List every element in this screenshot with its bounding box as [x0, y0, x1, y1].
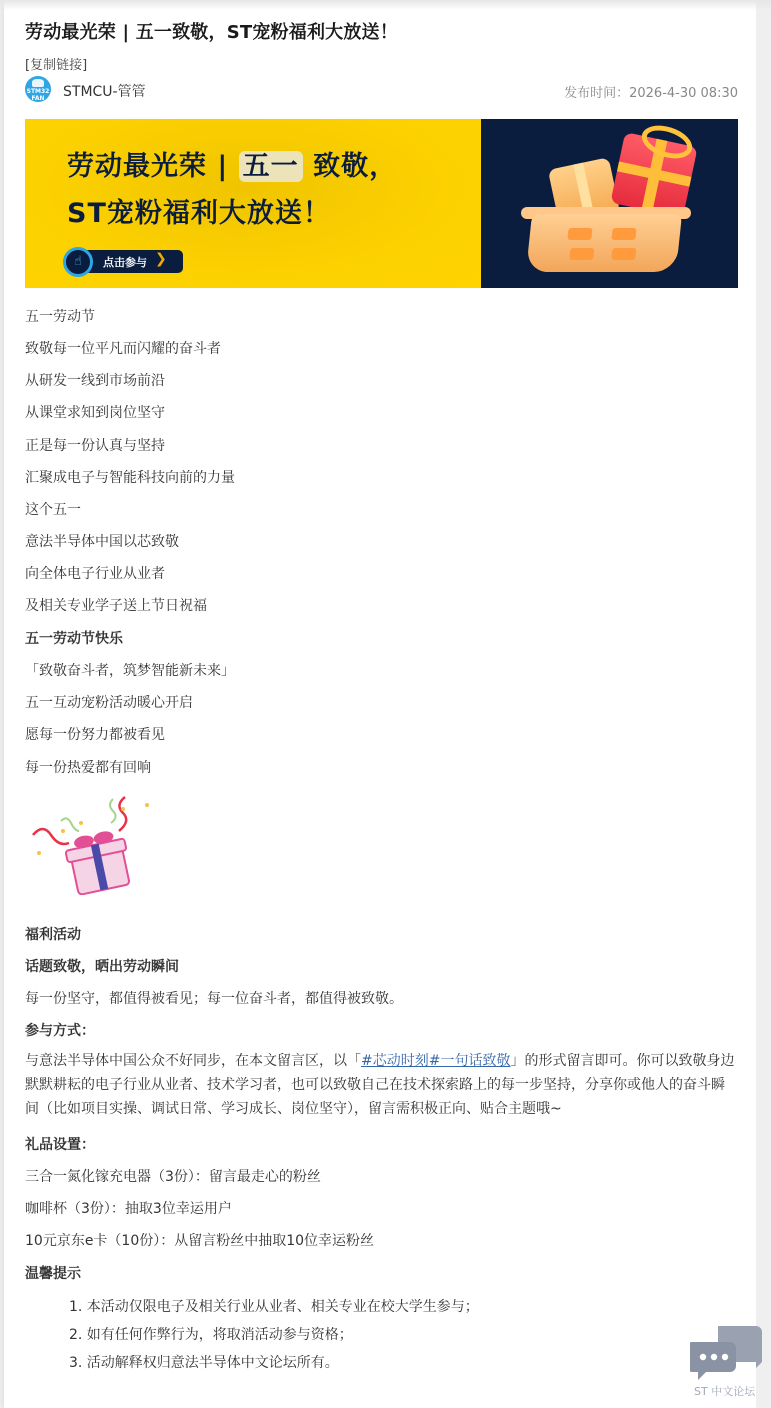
gift-sticker-icon — [25, 785, 155, 895]
banner-headline-prefix: 劳动最光荣 | — [67, 151, 239, 182]
forum-chat-label: ST 中文论坛 — [694, 1383, 755, 1399]
gift-item: 10元京东e卡（10份）：从留言粉丝中抽取10位幸运粉丝 — [25, 1230, 374, 1250]
topic-description: 每一份坚守，都值得被看见；每一位奋斗者，都值得被致敬。 — [25, 988, 403, 1008]
banner-right-panel — [481, 119, 738, 288]
intro-line: 「致敬奋斗者，筑梦智能新未来」 — [25, 660, 235, 680]
intro-line: 向全体电子行业从业者 — [25, 563, 165, 583]
banner-headline-1: 劳动最光荣 | 五一 致敬， — [67, 144, 397, 183]
banner-headline-2: ST宠粉福利大放送！ — [67, 191, 331, 230]
gift-item: 咖啡杯（3份）：抽取3位幸运用户 — [25, 1198, 232, 1218]
author-name[interactable]: STMCU-管管 — [63, 81, 146, 101]
intro-line: 从研发一线到市场前沿 — [25, 370, 165, 390]
intro-line: 及相关专业学子送上节日祝福 — [25, 595, 207, 615]
gifts-title: 礼品设置： — [25, 1134, 95, 1154]
join-button-label: 点击参与 — [103, 254, 147, 270]
avatar-text: STM32 FAN — [25, 88, 51, 102]
chevron-right-icon: ❯ — [155, 251, 167, 267]
how-to-text-before: 与意法半导体中国公众不好同步，在本文留言区，以「 — [25, 1053, 361, 1069]
banner-left-panel: 劳动最光荣 | 五一 致敬， ST宠粉福利大放送！ ☝ 点击参与 ❯ — [25, 119, 481, 288]
how-to-paragraph: 与意法半导体中国公众不好同步，在本文留言区，以「#芯动时刻#一句话致敬」的形式留… — [25, 1049, 738, 1121]
topic-title: 话题致敬，晒出劳动瞬间 — [25, 956, 179, 976]
copy-link-button[interactable]: [复制链接] — [25, 54, 87, 73]
banner-headline-highlight: 五一 — [239, 151, 303, 182]
intro-line: 从课堂求知到岗位坚守 — [25, 402, 165, 422]
notice-item: 3. 活动解释权归意法半导体中文论坛所有。 — [69, 1352, 339, 1372]
notice-item: 1. 本活动仅限电子及相关行业从业者、相关专业在校大学生参与； — [69, 1296, 479, 1316]
intro-line: 汇聚成电子与智能科技向前的力量 — [25, 467, 235, 487]
avatar[interactable]: STM32 FAN — [25, 76, 51, 102]
intro-line: 致敬每一位平凡而闪耀的奋斗者 — [25, 338, 221, 358]
notice-title: 温馨提示 — [25, 1263, 81, 1283]
intro-line: 五一劳动节 — [25, 306, 95, 326]
forum-chat-button[interactable]: ST 中文论坛 — [690, 1322, 766, 1402]
top-shadow — [0, 0, 771, 10]
section-title-activity: 福利活动 — [25, 924, 81, 944]
banner-headline-suffix: 致敬， — [303, 151, 397, 182]
intro-line: 这个五一 — [25, 499, 81, 519]
intro-line-bold: 五一劳动节快乐 — [25, 628, 123, 648]
intro-line: 五一互动宠粉活动暖心开启 — [25, 692, 193, 712]
scrollbar-track[interactable] — [756, 0, 771, 1408]
basket-icon — [526, 214, 682, 272]
article-title: 劳动最光荣 | 五一致敬，ST宠粉福利大放送！ — [25, 18, 398, 44]
intro-line: 正是每一份认真与坚持 — [25, 435, 165, 455]
join-button[interactable]: ☝ 点击参与 ❯ — [67, 250, 183, 273]
avatar-logo-icon — [32, 79, 44, 87]
author-row: STM32 FAN STMCU-管管 发布时间：2026-4-30 08:30 — [25, 76, 738, 104]
notice-item: 2. 如有任何作弊行为，将取消活动参与资格； — [69, 1324, 353, 1344]
how-to-title: 参与方式： — [25, 1020, 95, 1040]
intro-line: 愿每一份努力都被看见 — [25, 724, 165, 744]
chat-bubbles-icon — [690, 1322, 766, 1382]
promo-banner[interactable]: 劳动最光荣 | 五一 致敬， ST宠粉福利大放送！ ☝ 点击参与 ❯ — [25, 119, 738, 288]
intro-line: 每一份热爱都有回响 — [25, 757, 151, 777]
intro-line: 意法半导体中国以芯致敬 — [25, 531, 179, 551]
gift-item: 三合一氮化镓充电器（3份）：留言最走心的粉丝 — [25, 1166, 321, 1186]
pointing-hand-icon: ☝ — [63, 247, 93, 277]
publish-time: 发布时间：2026-4-30 08:30 — [564, 82, 738, 101]
hashtag-link[interactable]: #芯动时刻#一句话致敬 — [361, 1053, 510, 1069]
